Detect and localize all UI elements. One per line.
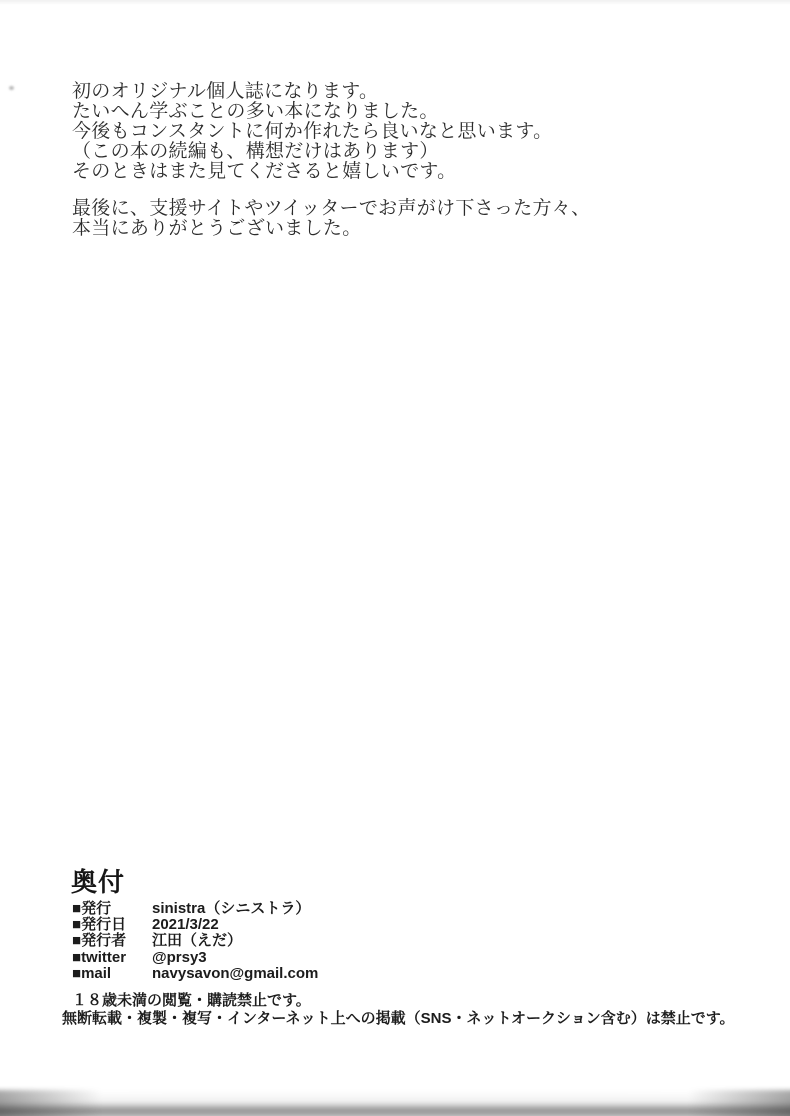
square-bullet-icon: ■: [72, 932, 81, 949]
colophon-label: ■発行者: [72, 933, 152, 949]
colophon-row-mail: ■mail navysavon@gmail.com: [72, 966, 318, 982]
colophon-row-publisher: ■発行 sinistra（シニストラ）: [72, 901, 318, 917]
colophon-row-author: ■発行者 江田（えだ）: [72, 933, 318, 949]
scan-speck: [9, 86, 14, 90]
afterword-line: そのときはまた見てくださると嬉しいです。: [72, 162, 552, 182]
square-bullet-icon: ■: [72, 965, 81, 982]
afterword-line: 本当にありがとうございました。: [72, 219, 590, 239]
afterword-line: 今後もコンスタントに何か作れたら良いなと思います。: [72, 122, 552, 142]
afterword-line: （この本の続編も、構想だけはあります）: [72, 142, 552, 162]
colophon-value: 2021/3/22: [152, 917, 219, 933]
colophon-label-text: 発行日: [81, 916, 126, 933]
square-bullet-icon: ■: [72, 949, 81, 966]
afterword-paragraph-2: 最後に、支援サイトやツイッターでお声がけ下さった方々、 本当にありがとうございま…: [72, 199, 590, 239]
scanned-afterword-page: 初のオリジナル個人誌になります。 たいへん学ぶことの多い本になりました。 今後も…: [0, 0, 790, 1116]
colophon-rows: ■発行 sinistra（シニストラ） ■発行日 2021/3/22 ■発行者 …: [72, 901, 318, 982]
colophon-label-text: 発行者: [81, 932, 126, 949]
afterword-line: 最後に、支援サイトやツイッターでお声がけ下さった方々、: [72, 199, 590, 219]
scan-top-edge-shading: [0, 0, 790, 5]
colophon-heading: 奥付: [71, 862, 125, 899]
colophon-value: 江田（えだ）: [152, 933, 242, 949]
colophon-label: ■発行: [72, 901, 152, 917]
scan-bottom-shadow: [0, 1090, 790, 1116]
colophon-row-twitter: ■twitter @prsy3: [72, 950, 318, 966]
colophon-value: @prsy3: [152, 950, 207, 966]
colophon-value: navysavon@gmail.com: [152, 966, 318, 982]
square-bullet-icon: ■: [72, 900, 81, 917]
colophon-row-publish-date: ■発行日 2021/3/22: [72, 917, 318, 933]
afterword-line: 初のオリジナル個人誌になります。: [72, 82, 552, 102]
afterword-line: たいへん学ぶことの多い本になりました。: [72, 102, 552, 122]
colophon-label-text: twitter: [81, 949, 126, 966]
age-restriction-notice: １８歳未満の閲覧・購読禁止です。: [62, 992, 735, 1010]
colophon-label: ■mail: [72, 966, 152, 982]
colophon-label: ■発行日: [72, 917, 152, 933]
colophon-label-text: 発行: [81, 900, 111, 917]
no-reproduction-notice: 無断転載・複製・複写・インターネット上への掲載（SNS・ネットオークション含む）…: [62, 1010, 735, 1028]
colophon-label-text: mail: [81, 965, 111, 982]
afterword-paragraph-1: 初のオリジナル個人誌になります。 たいへん学ぶことの多い本になりました。 今後も…: [72, 82, 552, 182]
colophon-label: ■twitter: [72, 950, 152, 966]
square-bullet-icon: ■: [72, 916, 81, 933]
colophon-value: sinistra（シニストラ）: [152, 901, 310, 917]
legal-notices: １８歳未満の閲覧・購読禁止です。 無断転載・複製・複写・インターネット上への掲載…: [62, 992, 735, 1027]
